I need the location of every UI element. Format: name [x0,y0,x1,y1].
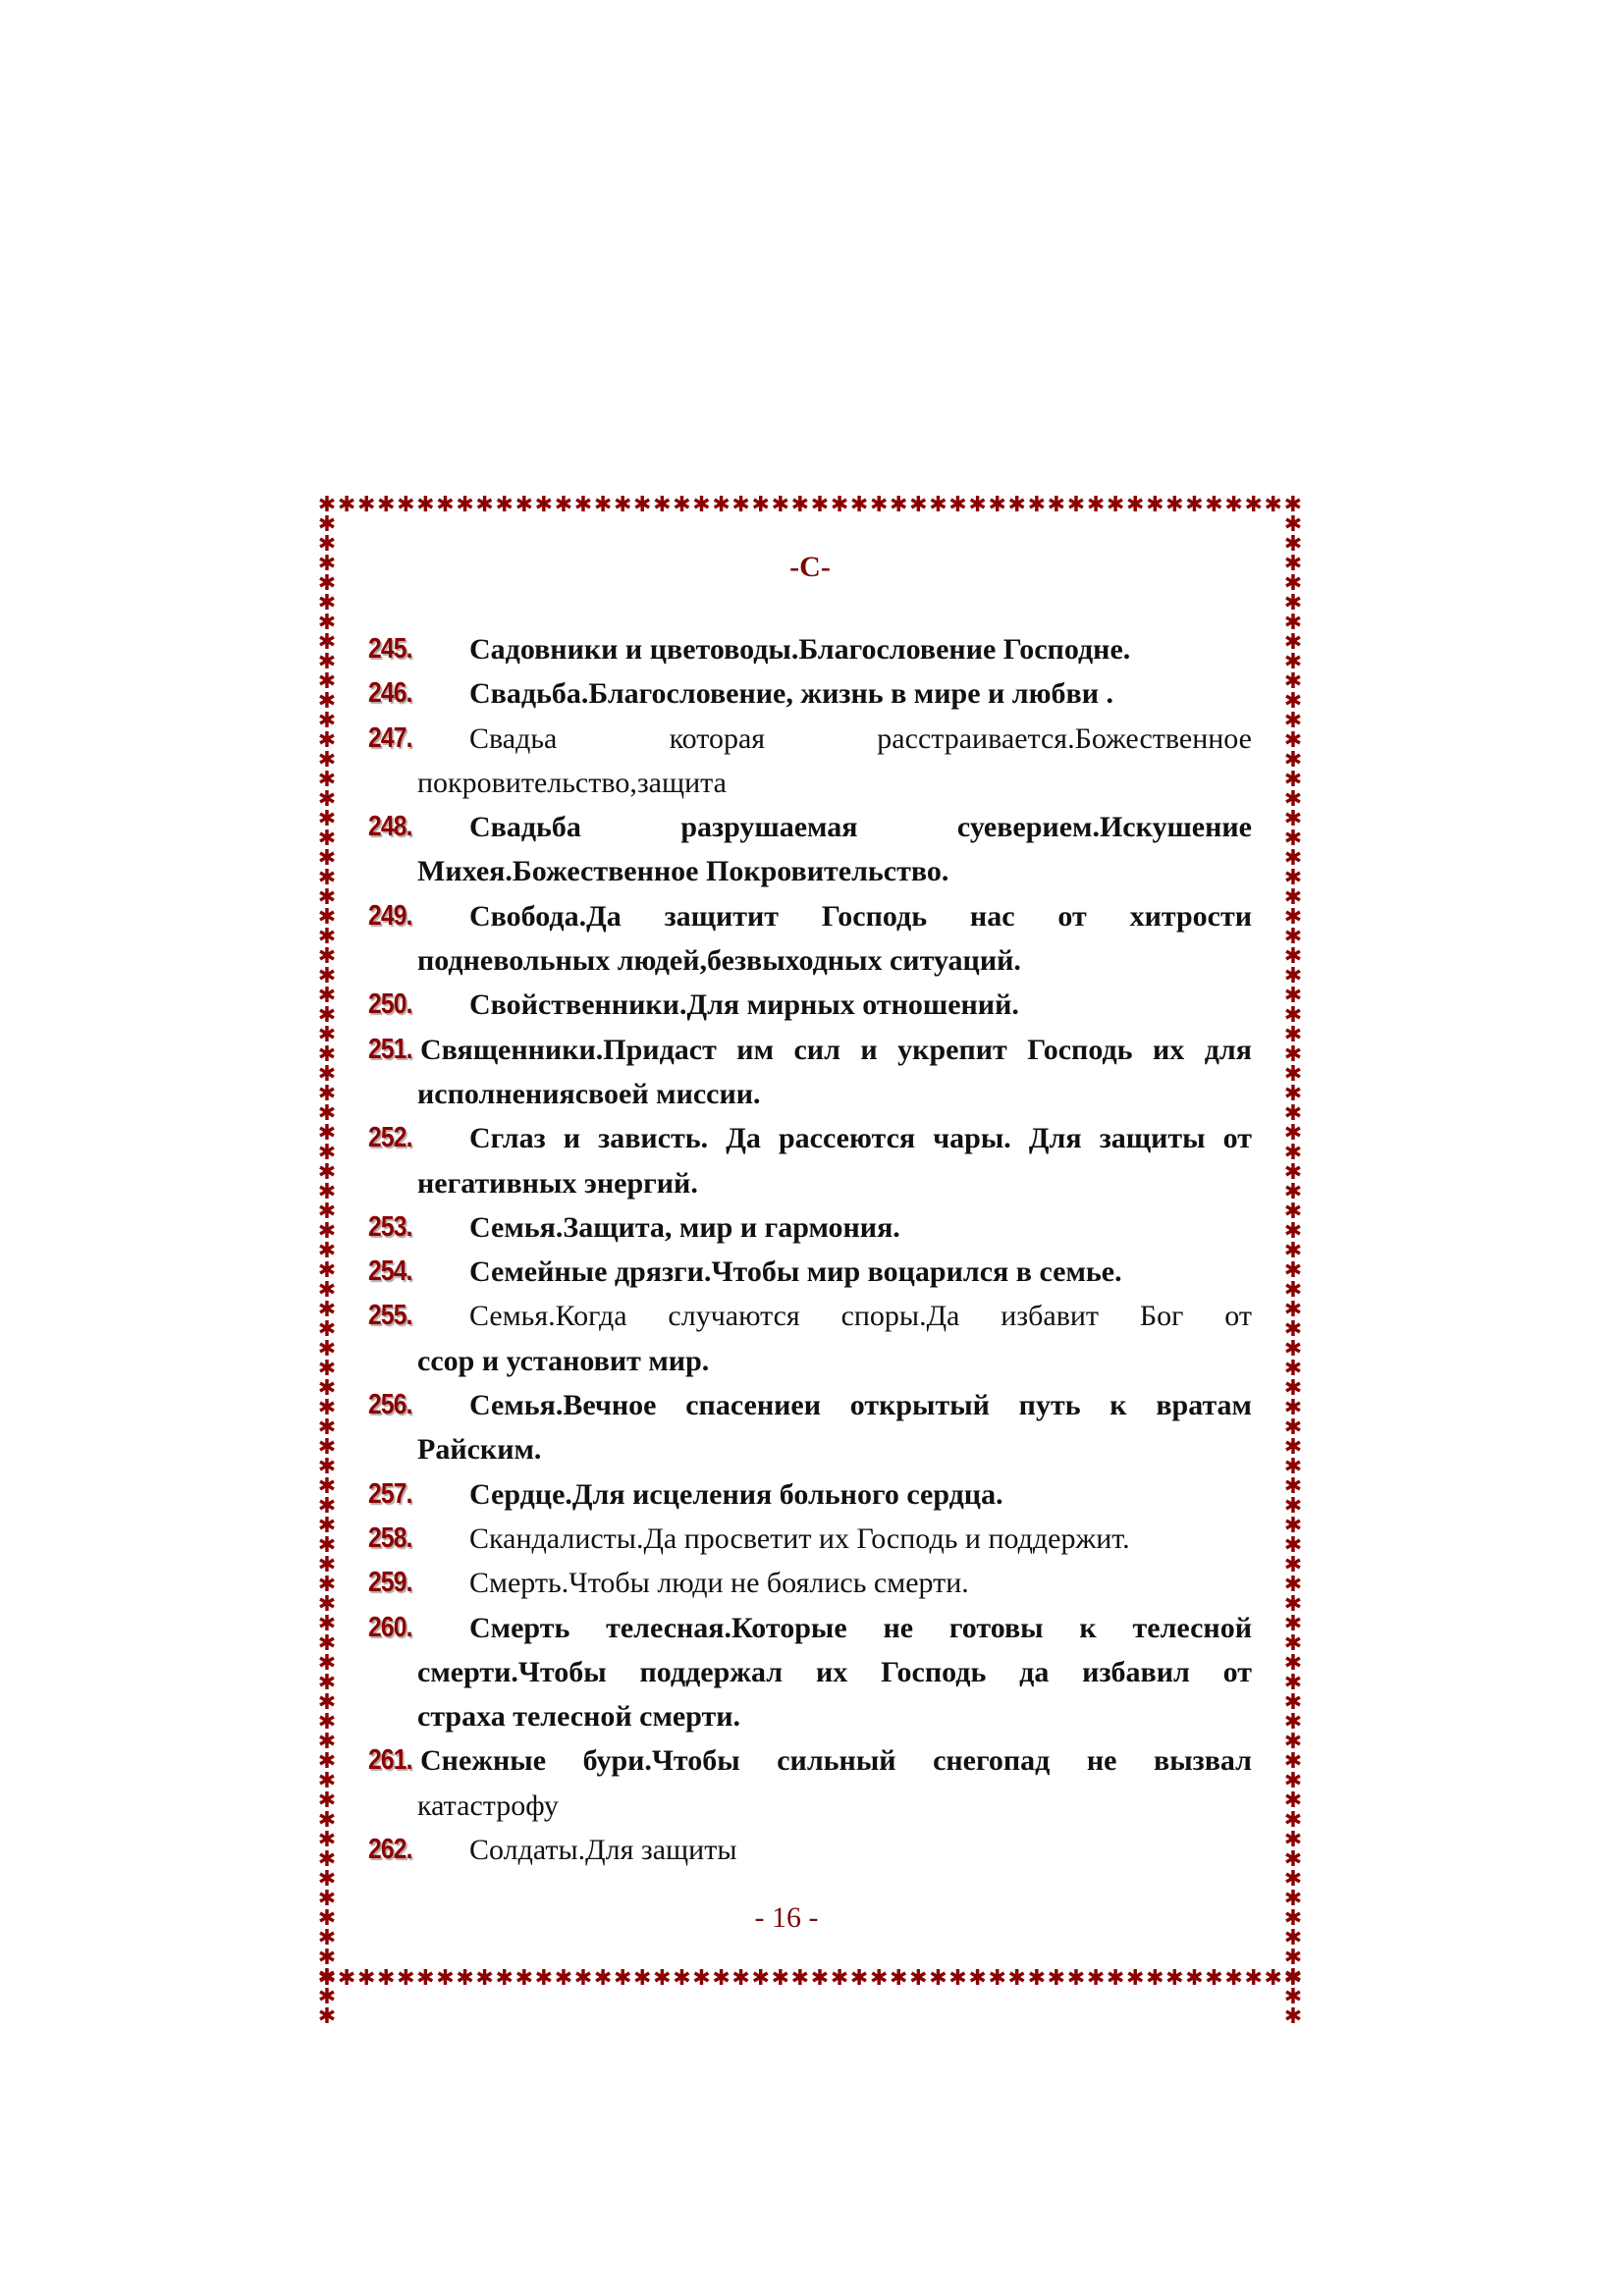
entry-text: Свадьба.Благословение, жизнь в мире и лю… [469,671,1252,716]
entry-text: Михея.Божественное Покровительство. [417,849,1252,893]
entry-text: Священники.Придаст им сил и укрепит Госп… [420,1028,1252,1072]
star-ornament-icon: ✱ [1125,496,1145,515]
list-item: 255.Семья.Когда случаются споры.Да избав… [368,1294,1252,1338]
star-ornament-icon: ✱ [691,496,711,515]
star-ornament-icon: ✱ [771,496,790,515]
star-ornament-icon: ✱ [456,1969,475,1989]
star-ornament-icon: ✱ [1106,496,1125,515]
list-item-continuation: Райским. [368,1427,1252,1471]
star-ornament-icon: ✱ [1264,1969,1283,1989]
entry-text: Семейные дрязги.Чтобы мир воцарился в се… [469,1250,1252,1294]
star-ornament-icon: ✱ [889,1969,908,1989]
list-item-continuation: смерти.Чтобы поддержал их Господь да изб… [368,1650,1252,1694]
border-bottom: ✱✱✱✱✱✱✱✱✱✱✱✱✱✱✱✱✱✱✱✱✱✱✱✱✱✱✱✱✱✱✱✱✱✱✱✱✱✱✱✱… [317,1969,1303,1989]
entry-number: 251. [368,1028,412,1072]
border-left: ✱✱✱✱✱✱✱✱✱✱✱✱✱✱✱✱✱✱✱✱✱✱✱✱✱✱✱✱✱✱✱✱✱✱✱✱✱✱✱✱… [317,515,337,1969]
entry-number: 246. [368,671,412,716]
star-ornament-icon: ✱ [1224,1969,1244,1989]
entry-text: покровительство,защита [417,761,1252,805]
list-item-continuation: Михея.Божественное Покровительство. [368,849,1252,893]
star-ornament-icon: ✱ [771,1969,790,1989]
star-ornament-icon: ✱ [731,1969,751,1989]
list-item-continuation: исполнениясвоей миссии. [368,1072,1252,1116]
entry-number: 256. [368,1383,412,1427]
star-ornament-icon: ✱ [691,1969,711,1989]
star-ornament-icon: ✱ [712,1969,731,1989]
entry-text: Скандалисты.Да просветит их Господь и по… [469,1517,1252,1561]
star-ornament-icon: ✱ [376,1969,396,1989]
star-ornament-icon: ✱ [1164,1969,1184,1989]
star-ornament-icon: ✱ [396,1969,415,1989]
list-item: 260.Смерть телесная.Которые не готовы к … [368,1606,1252,1650]
star-ornament-icon: ✱ [869,496,889,515]
star-ornament-icon: ✱ [830,496,849,515]
entry-text: Сердце.Для исцеления больного сердца. [469,1472,1252,1517]
border-right: ✱✱✱✱✱✱✱✱✱✱✱✱✱✱✱✱✱✱✱✱✱✱✱✱✱✱✱✱✱✱✱✱✱✱✱✱✱✱✱✱… [1283,515,1303,1969]
star-ornament-icon: ✱ [1244,496,1264,515]
entry-number: 252. [368,1116,412,1160]
entry-text: подневольных людей,безвыходных ситуаций. [417,938,1252,983]
entry-text: негативных энергий. [417,1161,1252,1205]
star-ornament-icon: ✱ [889,496,908,515]
entry-text: Свойственники.Для мирных отношений. [469,983,1252,1027]
star-ornament-icon: ✱ [928,1969,947,1989]
entry-text: Сглаз и зависть. Да рассеются чары. Для … [469,1116,1252,1160]
star-ornament-icon: ✱ [968,496,988,515]
star-ornament-icon: ✱ [613,1969,632,1989]
entry-text: Семья.Защита, мир и гармония. [469,1205,1252,1250]
section-heading: -С- [317,551,1303,584]
entry-number: 253. [368,1205,412,1250]
entry-number: 258. [368,1517,412,1561]
star-ornament-icon: ✱ [632,1969,652,1989]
entry-text: Солдаты.Для защиты [469,1828,1252,1872]
star-ornament-icon: ✱ [751,1969,771,1989]
star-ornament-icon: ✱ [435,496,455,515]
star-ornament-icon: ✱ [376,496,396,515]
star-ornament-icon: ✱ [1047,496,1066,515]
star-ornament-icon: ✱ [514,496,534,515]
star-ornament-icon: ✱ [908,1969,928,1989]
star-ornament-icon: ✱ [712,496,731,515]
entry-list: 245.Садовники и цветоводы.Благословение … [368,627,1252,1872]
list-item: 252.Сглаз и зависть. Да рассеются чары. … [368,1116,1252,1160]
star-ornament-icon: ✱ [790,1969,810,1989]
star-ornament-icon: ✱ [1066,496,1086,515]
entry-number: 261. [368,1738,412,1783]
star-ornament-icon: ✱ [593,1969,613,1989]
star-ornament-icon: ✱ [356,1969,376,1989]
entry-number: 262. [368,1828,412,1872]
entry-text: катастрофу [417,1784,1252,1828]
star-ornament-icon: ✱ [456,496,475,515]
list-item-continuation: негативных энергий. [368,1161,1252,1205]
star-ornament-icon: ✱ [652,496,672,515]
star-ornament-icon: ✱ [475,496,495,515]
entry-text: Свадьба разрушаемая суеверием.Искушение [469,805,1252,849]
star-ornament-icon: ✱ [1007,1969,1027,1989]
star-ornament-icon: ✱ [1145,496,1164,515]
list-item-continuation: катастрофу [368,1784,1252,1828]
star-ornament-icon: ✱ [948,1969,968,1989]
star-ornament-icon: ✱ [317,2007,337,2027]
star-ornament-icon: ✱ [968,1969,988,1989]
star-ornament-icon: ✱ [356,496,376,515]
star-ornament-icon: ✱ [1027,496,1047,515]
star-ornament-icon: ✱ [849,1969,869,1989]
entry-number: 260. [368,1606,412,1650]
star-ornament-icon: ✱ [1027,1969,1047,1989]
entry-text: исполнениясвоей миссии. [417,1072,1252,1116]
star-ornament-icon: ✱ [1184,496,1204,515]
list-item-continuation: покровительство,защита [368,761,1252,805]
star-ornament-icon: ✱ [1086,496,1106,515]
star-ornament-icon: ✱ [415,1969,435,1989]
entry-number: 247. [368,717,412,761]
star-ornament-icon: ✱ [1125,1969,1145,1989]
entry-number: 249. [368,894,412,938]
star-ornament-icon: ✱ [1106,1969,1125,1989]
star-ornament-icon: ✱ [988,1969,1007,1989]
star-ornament-icon: ✱ [1205,496,1224,515]
star-ornament-icon: ✱ [731,496,751,515]
star-ornament-icon: ✱ [672,1969,691,1989]
star-ornament-icon: ✱ [1047,1969,1066,1989]
star-ornament-icon: ✱ [337,1969,356,1989]
list-item: 249.Свобода.Да защитит Господь нас от хи… [368,894,1252,938]
list-item: 258.Скандалисты.Да просветит их Господь … [368,1517,1252,1561]
entry-number: 254. [368,1250,412,1294]
star-ornament-icon: ✱ [810,496,830,515]
list-item: 257.Сердце.Для исцеления больного сердца… [368,1472,1252,1517]
entry-text: Свобода.Да защитит Господь нас от хитрос… [469,894,1252,938]
list-item: 248.Свадьба разрушаемая суеверием.Искуше… [368,805,1252,849]
entry-number: 245. [368,627,412,671]
star-ornament-icon: ✱ [1066,1969,1086,1989]
list-item: 245.Садовники и цветоводы.Благословение … [368,627,1252,671]
list-item: 254.Семейные дрязги.Чтобы мир воцарился … [368,1250,1252,1294]
star-ornament-icon: ✱ [928,496,947,515]
entry-text: Снежные бури.Чтобы сильный снегопад не в… [420,1738,1252,1783]
entry-text: Смерть телесная.Которые не готовы к теле… [469,1606,1252,1650]
star-ornament-icon: ✱ [613,496,632,515]
star-ornament-icon: ✱ [514,1969,534,1989]
entry-text: Смерть.Чтобы люди не боялись смерти. [469,1561,1252,1605]
star-ornament-icon: ✱ [534,496,554,515]
star-ornament-icon: ✱ [554,1969,573,1989]
entry-number: 248. [368,805,412,849]
star-ornament-icon: ✱ [1007,496,1027,515]
star-ornament-icon: ✱ [1224,496,1244,515]
page-number: - 16 - [317,1901,1256,1935]
star-ornament-icon: ✱ [652,1969,672,1989]
list-item: 256.Семья.Вечное спасениеи открытый путь… [368,1383,1252,1427]
star-ornament-icon: ✱ [495,1969,514,1989]
list-item: 251.Священники.Придаст им сил и укрепит … [368,1028,1252,1072]
entry-text: Свадьа которая расстраивается.Божественн… [469,717,1252,761]
entry-text: Семья.Когда случаются споры.Да избавит Б… [469,1294,1252,1338]
star-ornament-icon: ✱ [573,496,593,515]
star-ornament-icon: ✱ [632,496,652,515]
list-item: 246.Свадьба.Благословение, жизнь в мире … [368,671,1252,716]
star-ornament-icon: ✱ [593,496,613,515]
star-ornament-icon: ✱ [1264,496,1283,515]
star-ornament-icon: ✱ [810,1969,830,1989]
star-ornament-icon: ✱ [337,496,356,515]
entry-text: Садовники и цветоводы.Благословение Госп… [469,627,1252,671]
star-ornament-icon: ✱ [534,1969,554,1989]
star-ornament-icon: ✱ [1244,1969,1264,1989]
entry-text: смерти.Чтобы поддержал их Господь да изб… [417,1650,1252,1694]
star-ornament-icon: ✱ [830,1969,849,1989]
star-ornament-icon: ✱ [1164,496,1184,515]
list-item: 262.Солдаты.Для защиты [368,1828,1252,1872]
list-item: 259.Смерть.Чтобы люди не боялись смерти. [368,1561,1252,1605]
star-ornament-icon: ✱ [415,496,435,515]
entry-text: страха телесной смерти. [417,1694,1252,1738]
entry-text: Райским. [417,1427,1252,1471]
star-ornament-icon: ✱ [495,496,514,515]
star-ornament-icon: ✱ [672,496,691,515]
list-item: 253.Семья.Защита, мир и гармония. [368,1205,1252,1250]
list-item-continuation: подневольных людей,безвыходных ситуаций. [368,938,1252,983]
list-item-continuation: ссор и установит мир. [368,1339,1252,1383]
border-top: ✱✱✱✱✱✱✱✱✱✱✱✱✱✱✱✱✱✱✱✱✱✱✱✱✱✱✱✱✱✱✱✱✱✱✱✱✱✱✱✱… [317,496,1303,515]
star-ornament-icon: ✱ [908,496,928,515]
star-ornament-icon: ✱ [396,496,415,515]
list-item: 247.Свадьа которая расстраивается.Божест… [368,717,1252,761]
star-ornament-icon: ✱ [1283,2007,1303,2027]
star-ornament-icon: ✱ [1086,1969,1106,1989]
entry-text: Семья.Вечное спасениеи открытый путь к в… [469,1383,1252,1427]
entry-number: 259. [368,1561,412,1605]
star-ornament-icon: ✱ [475,1969,495,1989]
star-ornament-icon: ✱ [790,496,810,515]
star-ornament-icon: ✱ [435,1969,455,1989]
star-ornament-icon: ✱ [869,1969,889,1989]
star-ornament-icon: ✱ [1145,1969,1164,1989]
star-ornament-icon: ✱ [554,496,573,515]
page-frame: ✱✱✱✱✱✱✱✱✱✱✱✱✱✱✱✱✱✱✱✱✱✱✱✱✱✱✱✱✱✱✱✱✱✱✱✱✱✱✱✱… [317,496,1303,1989]
entry-text: ссор и установит мир. [417,1339,1252,1383]
star-ornament-icon: ✱ [1184,1969,1204,1989]
list-item: 261.Снежные бури.Чтобы сильный снегопад … [368,1738,1252,1783]
star-ornament-icon: ✱ [573,1969,593,1989]
star-ornament-icon: ✱ [1205,1969,1224,1989]
star-ornament-icon: ✱ [751,496,771,515]
star-ornament-icon: ✱ [849,496,869,515]
list-item-continuation: страха телесной смерти. [368,1694,1252,1738]
entry-number: 257. [368,1472,412,1517]
entry-number: 255. [368,1294,412,1338]
star-ornament-icon: ✱ [988,496,1007,515]
star-ornament-icon: ✱ [948,496,968,515]
entry-number: 250. [368,983,412,1027]
list-item: 250.Свойственники.Для мирных отношений. [368,983,1252,1027]
